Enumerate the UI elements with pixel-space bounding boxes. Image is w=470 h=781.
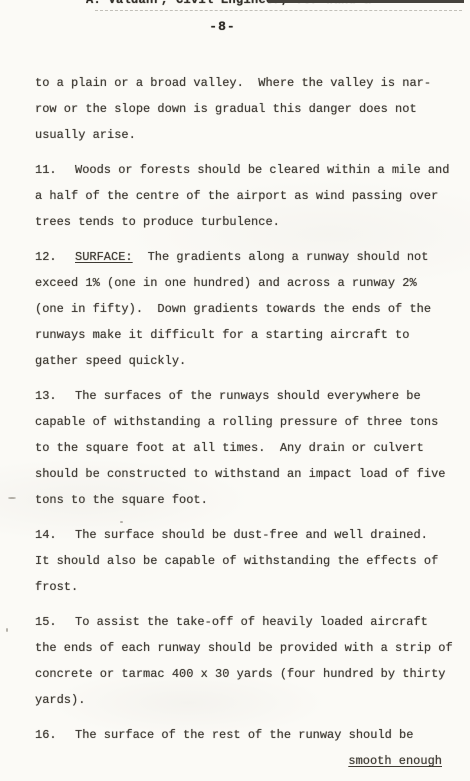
item-number: 14. xyxy=(35,522,75,548)
text-line: row or the slope down is gradual this da… xyxy=(35,96,452,122)
item-number: 13. xyxy=(35,383,75,409)
paragraph-intro: to a plain or a broad valley. Where the … xyxy=(35,70,452,148)
paragraph-14: 14.The surface should be dust-free and w… xyxy=(35,522,452,600)
text-line: yards). xyxy=(35,687,452,713)
paragraph-15: 15.To assist the take-off of heavily loa… xyxy=(35,609,452,713)
paragraph-16: 16.The surface of the rest of the runway… xyxy=(35,722,452,774)
text-line: frost. xyxy=(35,574,452,600)
paragraph-13: 13.The surfaces of the runways should ev… xyxy=(35,383,452,513)
catchword: smooth enough xyxy=(348,754,442,768)
text-line: (one in fifty). Down gradients towards t… xyxy=(35,296,452,322)
text-line: 13.The surfaces of the runways should ev… xyxy=(35,383,452,409)
text-line: trees tends to produce turbulence. xyxy=(35,209,452,235)
text-line: 15.To assist the take-off of heavily loa… xyxy=(35,609,452,635)
item-number: 15. xyxy=(35,609,75,635)
text-line: exceed 1% (one in one hundred) and acros… xyxy=(35,270,452,296)
text-line: 11.Woods or forests should be cleared wi… xyxy=(35,157,452,183)
text-segment: The surface should be dust-free and well… xyxy=(75,528,428,542)
text-line: 14.The surface should be dust-free and w… xyxy=(35,522,452,548)
item-number: 12. xyxy=(35,244,75,270)
underlined-term: SURFACE: xyxy=(75,250,133,264)
text-segment: The surfaces of the runways should every… xyxy=(75,389,421,403)
text-line: concrete or tarmac 400 x 30 yards (four … xyxy=(35,661,452,687)
text-line: capable of withstanding a rolling pressu… xyxy=(35,409,452,435)
text-line: It should also be capable of withstandin… xyxy=(35,548,452,574)
text-line: should be constructed to withstand an im… xyxy=(35,461,452,487)
document-page: A. Valdahr, Civil Engineer, for Wand & -… xyxy=(0,0,470,781)
text-line: smooth enough xyxy=(35,748,452,774)
page-number: -8- xyxy=(0,19,445,34)
scan-speck xyxy=(6,628,8,632)
header-underline xyxy=(95,0,462,11)
paragraph-12: 12.SURFACE:The gradients along a runway … xyxy=(35,244,452,374)
text-line: the ends of each runway should be provid… xyxy=(35,635,452,661)
item-number: 11. xyxy=(35,157,75,183)
text-segment: The surface of the rest of the runway sh… xyxy=(75,728,413,742)
text-line: usually arise. xyxy=(35,122,452,148)
document-body: to a plain or a broad valley. Where the … xyxy=(35,70,452,781)
text-line: gather speed quickly. xyxy=(35,348,452,374)
paragraph-11: 11.Woods or forests should be cleared wi… xyxy=(35,157,452,235)
text-line: 12.SURFACE:The gradients along a runway … xyxy=(35,244,452,270)
text-line: to the square foot at all times. Any dra… xyxy=(35,435,452,461)
text-line: a half of the centre of the airport as w… xyxy=(35,183,452,209)
scan-speck xyxy=(8,497,16,499)
text-line: 16.The surface of the rest of the runway… xyxy=(35,722,452,748)
text-segment: The gradients along a runway should not xyxy=(148,250,429,264)
text-segment: To assist the take-off of heavily loaded… xyxy=(75,615,428,629)
text-line: to a plain or a broad valley. Where the … xyxy=(35,70,452,96)
scan-speck xyxy=(120,521,123,523)
text-line: runways make it difficult for a starting… xyxy=(35,322,452,348)
item-number: 16. xyxy=(35,722,75,748)
text-segment: Woods or forests should be cleared withi… xyxy=(75,163,449,177)
text-line: tons to the square foot. xyxy=(35,487,452,513)
